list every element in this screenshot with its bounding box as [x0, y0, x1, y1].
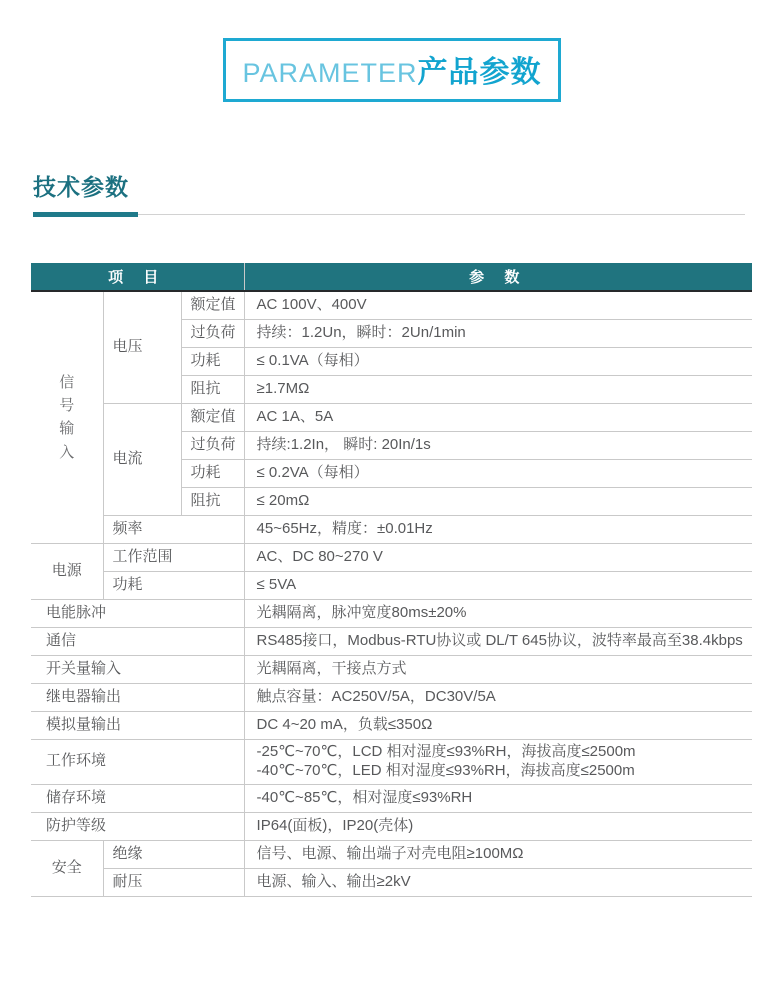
row-value: ≤ 5VA: [244, 571, 752, 599]
row-label: 工作范围: [103, 543, 244, 571]
table-row: 通信 RS485接口，Modbus-RTU协议或 DL/T 645协议，波特率最…: [31, 627, 752, 655]
row-value: 45~65Hz，精度：±0.01Hz: [244, 515, 752, 543]
table-row: 储存环境 -40℃~85℃，相对湿度≤93%RH: [31, 784, 752, 812]
row-label: 过负荷: [181, 431, 244, 459]
row-value: AC 1A、5A: [244, 403, 752, 431]
banner-chinese-label: 产品参数: [418, 47, 542, 91]
row-label: 额定值: [181, 403, 244, 431]
row-label: 通信: [31, 627, 244, 655]
table-row: 工作环境 -25℃~70℃，LCD 相对湿度≤93%RH，海拔高度≤2500m …: [31, 739, 752, 784]
banner-wrap: PARAMETER 产品参数: [0, 0, 784, 102]
table-row: 功耗 ≤ 5VA: [31, 571, 752, 599]
group-current: 电流: [103, 403, 181, 515]
row-value: 电源、输入、输出≥2kV: [244, 868, 752, 896]
row-label: 阻抗: [181, 375, 244, 403]
table-row: 电流 额定值 AC 1A、5A: [31, 403, 752, 431]
table-row: 频率 45~65Hz，精度：±0.01Hz: [31, 515, 752, 543]
table-row: 电能脉冲 光耦隔离，脉冲宽度80ms±20%: [31, 599, 752, 627]
group-signal-input: 信号输入: [31, 291, 103, 543]
banner-english-label: PARAMETER: [242, 58, 417, 89]
row-label: 工作环境: [31, 739, 244, 784]
table-row: 耐压 电源、输入、输出≥2kV: [31, 868, 752, 896]
section-title: 技术参数: [33, 169, 751, 202]
row-value: DC 4~20 mA，负载≤350Ω: [244, 711, 752, 739]
row-label: 频率: [103, 515, 244, 543]
table-row: 电源 工作范围 AC、DC 80~270 V: [31, 543, 752, 571]
underline-accent-bar: [33, 212, 138, 217]
row-value: 触点容量：AC250V/5A，DC30V/5A: [244, 683, 752, 711]
row-value: ≤ 20mΩ: [244, 487, 752, 515]
header-param: 参 数: [244, 263, 752, 291]
row-label: 过负荷: [181, 319, 244, 347]
row-label: 模拟量输出: [31, 711, 244, 739]
row-value: ≤ 0.2VA（每相）: [244, 459, 752, 487]
row-value: -25℃~70℃，LCD 相对湿度≤93%RH，海拔高度≤2500m -40℃~…: [244, 739, 752, 784]
row-label: 绝缘: [103, 840, 244, 868]
row-label: 功耗: [181, 347, 244, 375]
row-value: 信号、电源、输出端子对壳电阻≥100MΩ: [244, 840, 752, 868]
header-item: 项 目: [31, 263, 244, 291]
group-signal-input-label: 信号输入: [59, 371, 76, 464]
group-safety: 安全: [31, 840, 103, 896]
spec-table: 项 目 参 数 信号输入 电压 额定值 AC 100V、400V 过负荷 持续：…: [31, 263, 752, 897]
row-value: 光耦隔离，干接点方式: [244, 655, 752, 683]
table-row: 信号输入 电压 额定值 AC 100V、400V: [31, 291, 752, 319]
row-label: 开关量输入: [31, 655, 244, 683]
group-voltage: 电压: [103, 291, 181, 403]
parameter-banner: PARAMETER 产品参数: [223, 38, 560, 102]
technical-parameters-section: 技术参数: [33, 169, 751, 217]
group-power: 电源: [31, 543, 103, 599]
row-value-line: -25℃~70℃，LCD 相对湿度≤93%RH，海拔高度≤2500m: [257, 743, 746, 762]
row-value: ≤ 0.1VA（每相）: [244, 347, 752, 375]
row-label: 阻抗: [181, 487, 244, 515]
table-row: 模拟量输出 DC 4~20 mA，负载≤350Ω: [31, 711, 752, 739]
table-header-row: 项 目 参 数: [31, 263, 752, 291]
row-label: 功耗: [181, 459, 244, 487]
row-value: 持续：1.2Un，瞬时：2Un/1min: [244, 319, 752, 347]
row-value: 光耦隔离，脉冲宽度80ms±20%: [244, 599, 752, 627]
table-row: 防护等级 IP64(面板)，IP20(壳体): [31, 812, 752, 840]
row-value: AC 100V、400V: [244, 291, 752, 319]
row-label: 额定值: [181, 291, 244, 319]
section-title-underline: [33, 212, 745, 217]
row-value-line: -40℃~70℃，LED 相对湿度≤93%RH，海拔高度≤2500m: [257, 762, 746, 781]
row-value: ≥1.7MΩ: [244, 375, 752, 403]
row-label: 继电器输出: [31, 683, 244, 711]
table-row: 安全 绝缘 信号、电源、输出端子对壳电阻≥100MΩ: [31, 840, 752, 868]
row-label: 防护等级: [31, 812, 244, 840]
row-label: 耐压: [103, 868, 244, 896]
row-value: 持续:1.2In， 瞬时: 20In/1s: [244, 431, 752, 459]
table-row: 继电器输出 触点容量：AC250V/5A，DC30V/5A: [31, 683, 752, 711]
row-label: 储存环境: [31, 784, 244, 812]
row-label: 电能脉冲: [31, 599, 244, 627]
row-value: AC、DC 80~270 V: [244, 543, 752, 571]
row-value: IP64(面板)，IP20(壳体): [244, 812, 752, 840]
table-row: 开关量输入 光耦隔离，干接点方式: [31, 655, 752, 683]
row-value: -40℃~85℃，相对湿度≤93%RH: [244, 784, 752, 812]
underline-thin-rule: [33, 214, 745, 215]
row-value: RS485接口，Modbus-RTU协议或 DL/T 645协议，波特率最高至3…: [244, 627, 752, 655]
row-label: 功耗: [103, 571, 244, 599]
